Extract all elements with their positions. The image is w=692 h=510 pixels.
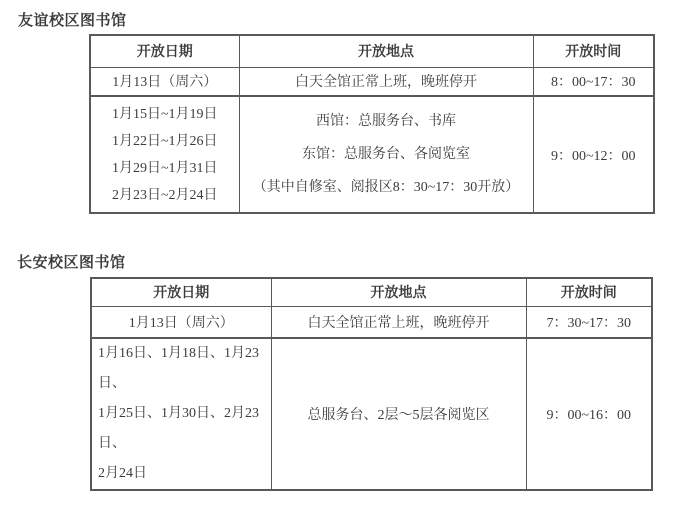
- cell-open-location: 总服务台、2层～5层各阅览区: [271, 338, 526, 490]
- table-row: 1月13日（周六） 白天全馆正常上班，晚班停开 8：00~17：30: [90, 67, 654, 96]
- column-header-open-time: 开放时间: [526, 278, 652, 306]
- schedule-table-changan: 开放日期 开放地点 开放时间 1月13日（周六） 白天全馆正常上班，晚班停开 7…: [90, 277, 653, 491]
- section-title-changan-campus: 长安校区图书馆: [17, 251, 126, 272]
- table-row: 1月16日、1月18日、1月23 日、 1月25日、1月30日、2月23 日、 …: [91, 338, 652, 490]
- cell-open-date: 1月16日、1月18日、1月23 日、 1月25日、1月30日、2月23 日、 …: [91, 338, 271, 490]
- document-page: 友谊校区图书馆 开放日期 开放地点 开放时间 1月13日（周六） 白天全馆正常上…: [0, 0, 692, 510]
- section-title-youyi-campus: 友谊校区图书馆: [18, 9, 127, 30]
- cell-open-time: 9：00~12：00: [533, 96, 654, 213]
- column-header-open-location: 开放地点: [239, 35, 533, 67]
- cell-open-date: 1月15日~1月19日 1月22日~1月26日 1月29日~1月31日 2月23…: [90, 96, 239, 213]
- cell-open-time: 9：00~16：00: [526, 338, 652, 490]
- table-header-row: 开放日期 开放地点 开放时间: [90, 35, 654, 67]
- cell-open-date: 1月13日（周六）: [91, 306, 271, 338]
- table-row: 1月15日~1月19日 1月22日~1月26日 1月29日~1月31日 2月23…: [90, 96, 654, 213]
- cell-open-location: 白天全馆正常上班，晚班停开: [271, 306, 526, 338]
- column-header-open-date: 开放日期: [90, 35, 239, 67]
- table-header-row: 开放日期 开放地点 开放时间: [91, 278, 652, 306]
- cell-open-time: 7：30~17：30: [526, 306, 652, 338]
- column-header-open-date: 开放日期: [91, 278, 271, 306]
- cell-open-location: 白天全馆正常上班，晚班停开: [239, 67, 533, 96]
- cell-open-location: 西馆：总服务台、书库 东馆：总服务台、各阅览室 （其中自修室、阅报区8：30~1…: [239, 96, 533, 213]
- table-row: 1月13日（周六） 白天全馆正常上班，晚班停开 7：30~17：30: [91, 306, 652, 338]
- schedule-table-youyi: 开放日期 开放地点 开放时间 1月13日（周六） 白天全馆正常上班，晚班停开 8…: [89, 34, 655, 214]
- column-header-open-time: 开放时间: [533, 35, 654, 67]
- cell-open-time: 8：00~17：30: [533, 67, 654, 96]
- cell-open-date: 1月13日（周六）: [90, 67, 239, 96]
- column-header-open-location: 开放地点: [271, 278, 526, 306]
